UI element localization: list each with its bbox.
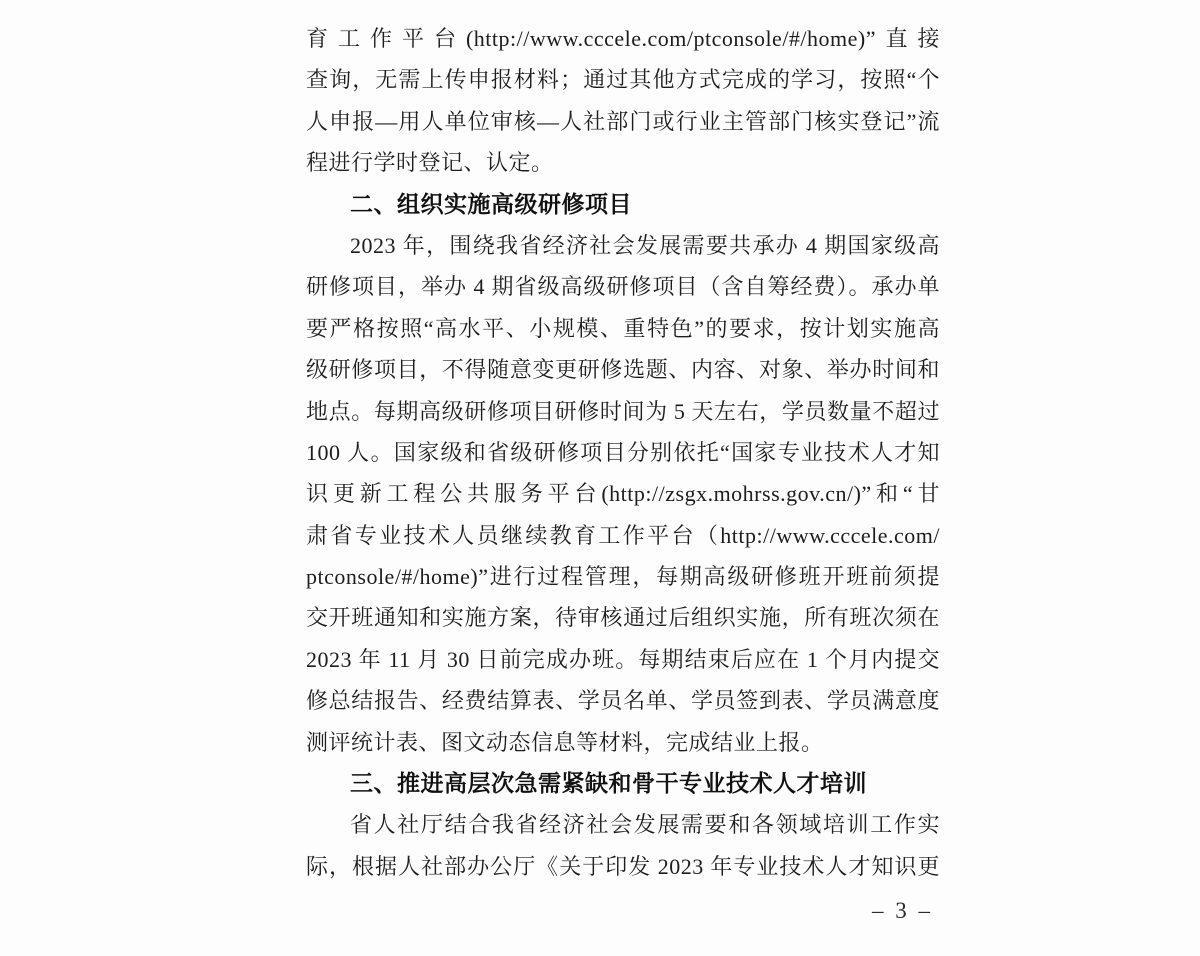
document-line: 100 人。国家级和省级研修项目分别依托“国家专业技术人才知 (306, 432, 940, 473)
document-line: 要严格按照“高水平、小规模、重特色”的要求，按计划实施高 (306, 308, 940, 349)
document-line: 交开班通知和实施方案，待审核通过后组织实施，所有班次须在 (306, 597, 940, 638)
document-line: 人申报—用人单位审核—人社部门或行业主管部门核实登记”流 (306, 101, 940, 142)
document-line: 程进行学时登记、认定。 (306, 142, 940, 183)
document-line: 地点。每期高级研修项目研修时间为 5 天左右，学员数量不超过 (306, 391, 940, 432)
document-text-block: 育工作平台(http://www.cccele.com/ptconsole/#/… (306, 18, 940, 887)
page-number: – 3 – (872, 896, 933, 926)
document-line: ptconsole/#/home)”进行过程管理，每期高级研修班开班前须提 (306, 556, 940, 597)
document-page: 育工作平台(http://www.cccele.com/ptconsole/#/… (0, 0, 1200, 956)
document-line: 省人社厅结合我省经济社会发展需要和各领域培训工作实 (306, 804, 940, 845)
document-line: 查询，无需上传申报材料；通过其他方式完成的学习，按照“个 (306, 59, 940, 100)
document-line: 2023 年 11 月 30 日前完成办班。每期结束后应在 1 个月内提交研 (306, 639, 940, 680)
document-line: 测评统计表、图文动态信息等材料，完成结业上报。 (306, 722, 940, 763)
document-line: 识更新工程公共服务平台(http://zsgx.mohrss.gov.cn/)”… (306, 473, 940, 514)
document-line: 修总结报告、经费结算表、学员名单、学员签到表、学员满意度 (306, 680, 940, 721)
document-line: 际，根据人社部办公厅《关于印发 2023 年专业技术人才知识更新 (306, 846, 940, 887)
document-line: 肃省专业技术人员继续教育工作平台（http://www.cccele.com/ (306, 515, 940, 556)
document-line: 2023 年，围绕我省经济社会发展需要共承办 4 期国家级高级 (306, 225, 940, 266)
section-heading-3: 三、推进高层次急需紧缺和骨干专业技术人才培训 (306, 763, 940, 804)
document-line: 级研修项目，不得随意变更研修选题、内容、对象、举办时间和 (306, 349, 940, 390)
section-heading-2: 二、组织实施高级研修项目 (306, 184, 940, 225)
document-line: 研修项目，举办 4 期省级高级研修项目（含自筹经费）。承办单位 (306, 266, 940, 307)
document-line: 育工作平台(http://www.cccele.com/ptconsole/#/… (306, 18, 940, 59)
